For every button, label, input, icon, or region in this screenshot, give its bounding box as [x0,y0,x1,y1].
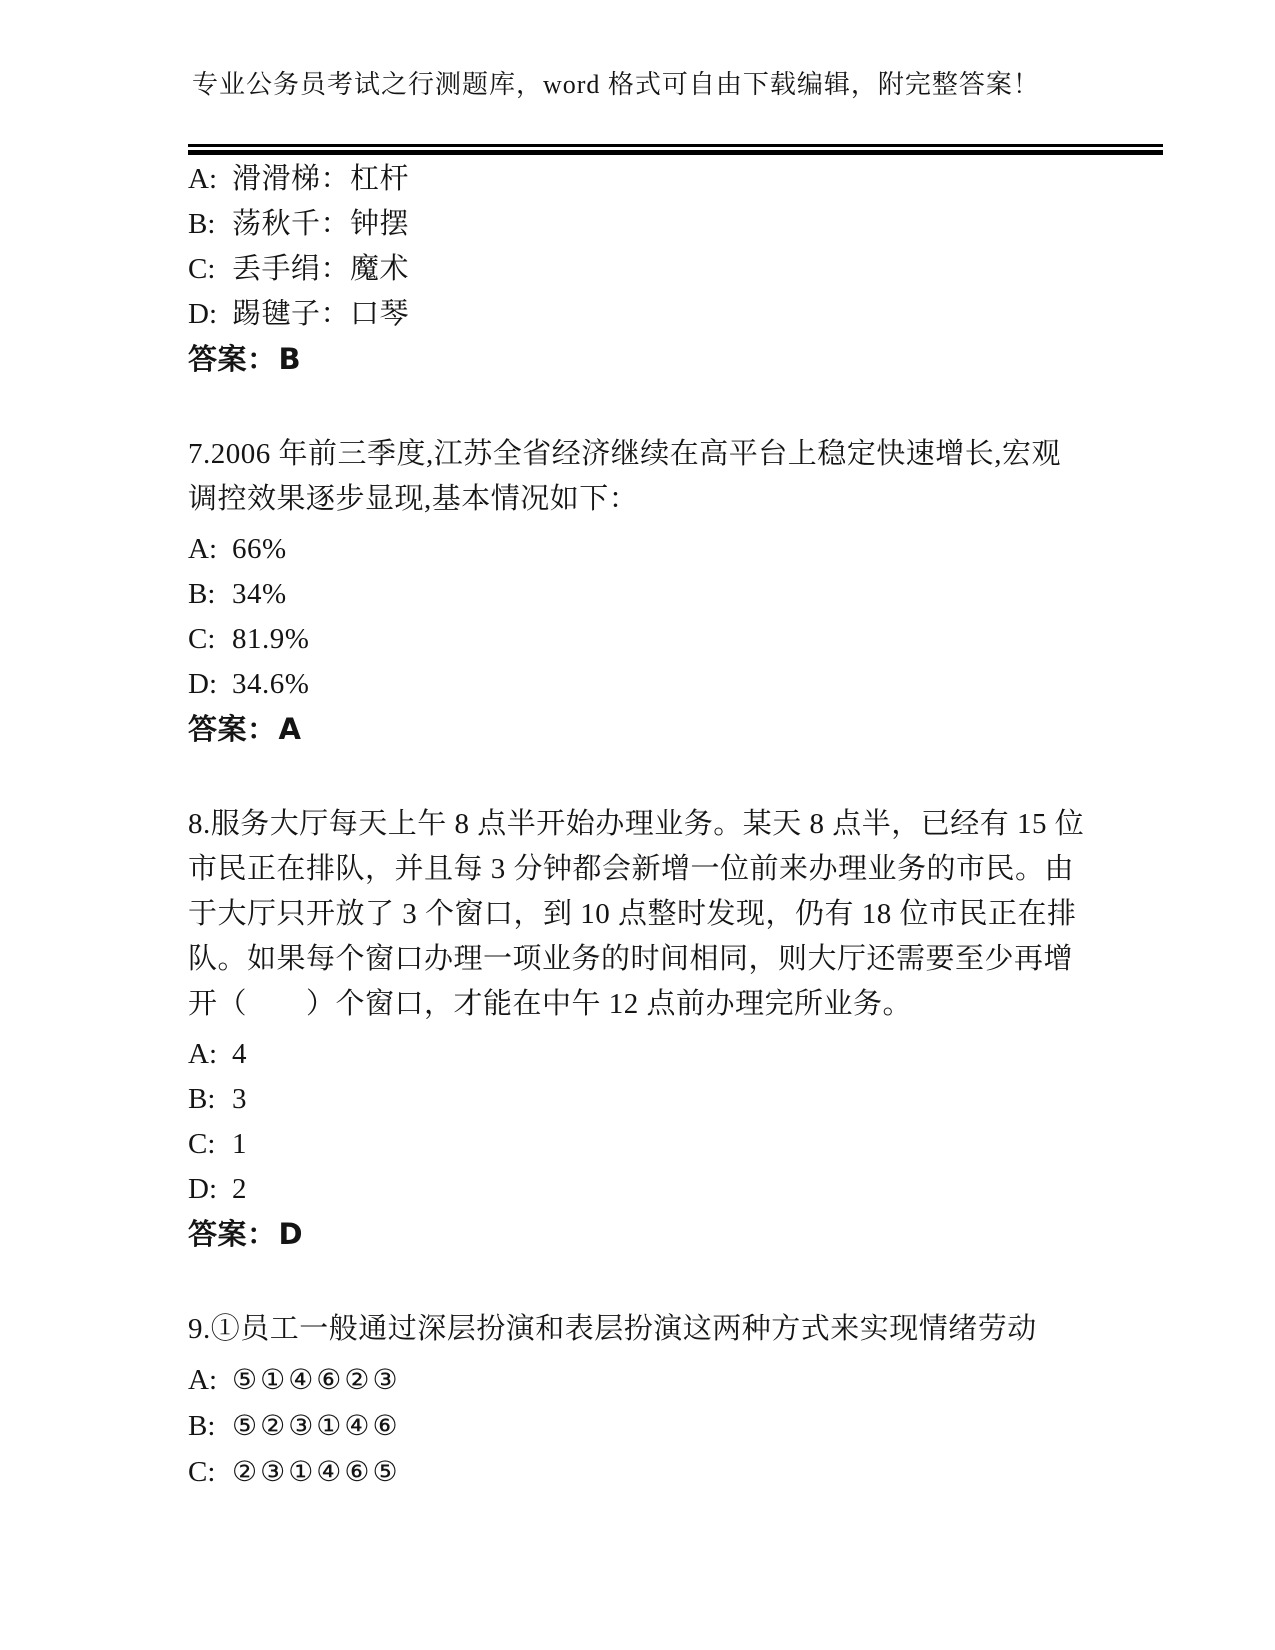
option-text: 2 [232,1173,247,1205]
question-7-stem: 7.2006 年前三季度,江苏全省经济继续在高平台上稳定快速增长,宏观 调控效果… [188,432,1178,522]
question-6-options: A:滑滑梯：杠杆 B:荡秋千：钟摆 C:丢手绢：魔术 D:踢毽子：口琴 答案：B [188,157,1178,383]
option-row: A:⑤①④⑥②③ [188,1357,1178,1403]
option-row: A:滑滑梯：杠杆 [188,157,1178,202]
option-text: 3 [232,1083,247,1115]
answer-value: B [279,342,302,376]
option-label: B: [188,572,232,617]
option-label: A: [188,527,232,572]
option-label: C: [188,617,232,662]
option-text: 1 [232,1128,247,1160]
header-divider [188,144,1163,155]
answer-label: 答案： [188,344,277,376]
option-label: A: [188,1032,232,1077]
option-text: 4 [232,1038,247,1070]
option-text: 丢手绢：魔术 [232,253,409,285]
option-row: C:②③①④⑥⑤ [188,1449,1178,1495]
question-stem-line: 于大厅只开放了 3 个窗口，到 10 点整时发现，仍有 18 位市民正在排 [188,892,1178,937]
question-stem-line: 市民正在排队，并且每 3 分钟都会新增一位前来办理业务的市民。由 [188,847,1178,892]
answer-label: 答案： [188,714,277,746]
option-label: D: [188,292,232,337]
question-stem-line: 8.服务大厅每天上午 8 点半开始办理业务。某天 8 点半，已经有 15 位 [188,802,1178,847]
option-label: B: [188,1404,232,1449]
option-text: 81.9% [232,623,309,655]
option-text: 34.6% [232,668,309,700]
option-text: 踢毽子：口琴 [232,298,409,330]
question-stem-line: 调控效果逐步显现,基本情况如下： [188,477,1178,522]
option-text: 滑滑梯：杠杆 [232,163,409,195]
question-9-options: A:⑤①④⑥②③ B:⑤②③①④⑥ C:②③①④⑥⑤ [188,1357,1178,1495]
document-page: 专业公务员考试之行测题库，word 格式可自由下载编辑，附完整答案！ A:滑滑梯… [0,0,1275,1650]
option-label: D: [188,1167,232,1212]
question-8-stem: 8.服务大厅每天上午 8 点半开始办理业务。某天 8 点半，已经有 15 位 市… [188,802,1178,1027]
option-label: C: [188,247,232,292]
question-stem-line: 队。如果每个窗口办理一项业务的时间相同，则大厅还需要至少再增 [188,937,1178,982]
option-row: D:2 [188,1167,1178,1212]
option-label: D: [188,662,232,707]
option-text: ⑤①④⑥②③ [232,1363,401,1396]
answer-label: 答案： [188,1219,277,1251]
option-label: C: [188,1450,232,1495]
option-row: C:1 [188,1122,1178,1167]
question-9-stem: 9.①员工一般通过深层扮演和表层扮演这两种方式来实现情绪劳动 [188,1307,1178,1352]
answer-value: A [279,712,302,746]
answer-row: 答案：A [188,707,1178,753]
option-row: A:66% [188,527,1178,572]
question-block-6: A:滑滑梯：杠杆 B:荡秋千：钟摆 C:丢手绢：魔术 D:踢毽子：口琴 答案：B [188,157,1178,383]
option-row: B:3 [188,1077,1178,1122]
question-block-7: 7.2006 年前三季度,江苏全省经济继续在高平台上稳定快速增长,宏观 调控效果… [188,432,1178,753]
option-text: 66% [232,533,287,565]
option-label: A: [188,157,232,202]
question-8-options: A:4 B:3 C:1 D:2 答案：D [188,1032,1178,1258]
question-block-8: 8.服务大厅每天上午 8 点半开始办理业务。某天 8 点半，已经有 15 位 市… [188,802,1178,1258]
question-stem-line: 7.2006 年前三季度,江苏全省经济继续在高平台上稳定快速增长,宏观 [188,432,1178,477]
option-label: B: [188,202,232,247]
option-row: C:81.9% [188,617,1178,662]
option-label: C: [188,1122,232,1167]
question-stem-line: 开（ ）个窗口，才能在中午 12 点前办理完所业务。 [188,982,1178,1027]
option-row: A:4 [188,1032,1178,1077]
option-label: A: [188,1358,232,1403]
option-text: ②③①④⑥⑤ [232,1455,401,1488]
option-row: B:⑤②③①④⑥ [188,1403,1178,1449]
option-label: B: [188,1077,232,1122]
page-header: 专业公务员考试之行测题库，word 格式可自由下载编辑，附完整答案！ [192,64,1040,101]
option-text: ⑤②③①④⑥ [232,1409,401,1442]
answer-row: 答案：D [188,1212,1178,1258]
question-stem-line: 9.①员工一般通过深层扮演和表层扮演这两种方式来实现情绪劳动 [188,1307,1178,1352]
option-row: D:34.6% [188,662,1178,707]
question-7-options: A:66% B:34% C:81.9% D:34.6% 答案：A [188,527,1178,753]
answer-value: D [279,1217,304,1251]
answer-row: 答案：B [188,337,1178,383]
question-block-9: 9.①员工一般通过深层扮演和表层扮演这两种方式来实现情绪劳动 A:⑤①④⑥②③ … [188,1307,1178,1495]
option-text: 34% [232,578,287,610]
option-row: D:踢毽子：口琴 [188,292,1178,337]
option-text: 荡秋千：钟摆 [232,208,409,240]
option-row: B:荡秋千：钟摆 [188,202,1178,247]
option-row: B:34% [188,572,1178,617]
option-row: C:丢手绢：魔术 [188,247,1178,292]
